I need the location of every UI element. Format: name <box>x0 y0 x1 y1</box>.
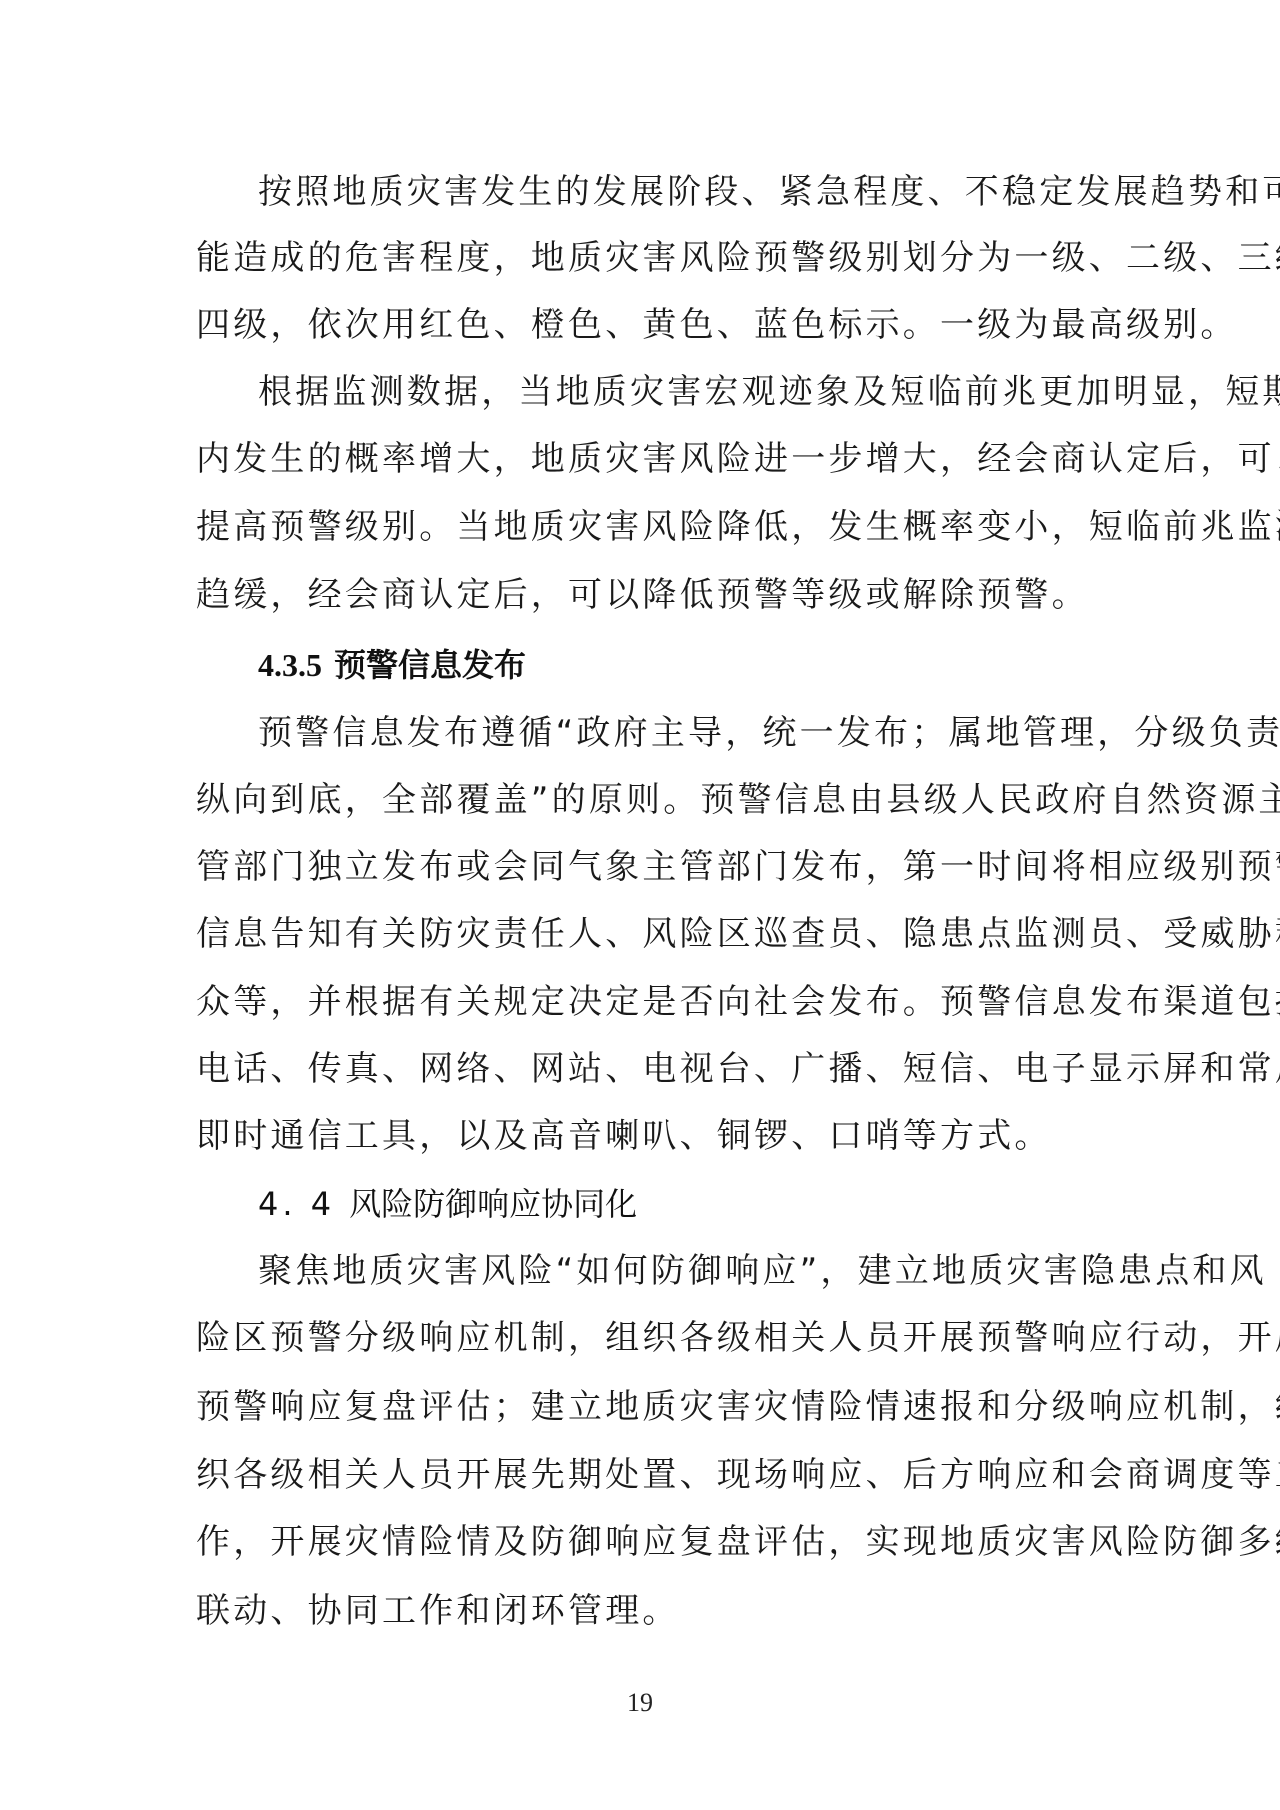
heading-title: 预警信息发布 <box>334 646 526 684</box>
section-heading-4-3-5: 4.3.5预警信息发布 <box>258 643 526 687</box>
paragraph-line: 管部门独立发布或会同气象主管部门发布，第一时间将相应级别预警 <box>196 845 1096 889</box>
paragraph-line: 即时通信工具，以及高音喇叭、铜锣、口哨等方式。 <box>196 1114 1096 1158</box>
paragraph-line: 织各级相关人员开展先期处置、现场响应、后方响应和会商调度等工 <box>196 1453 1096 1497</box>
paragraph-line: 作，开展灾情险情及防御响应复盘评估，实现地质灾害风险防御多级 <box>196 1520 1096 1564</box>
paragraph-line: 聚焦地质灾害风险“如何防御响应”，建立地质灾害隐患点和风 <box>258 1249 1096 1293</box>
document-page: 按照地质灾害发生的发展阶段、紧急程度、不稳定发展趋势和可 能造成的危害程度，地质… <box>0 0 1280 1810</box>
paragraph-line: 趋缓，经会商认定后，可以降低预警等级或解除预警。 <box>196 573 1096 617</box>
paragraph-line: 预警信息发布遵循“政府主导，统一发布；属地管理，分级负责； <box>258 711 1096 755</box>
heading-title: 风险防御响应协同化 <box>349 1185 637 1223</box>
paragraph-line: 联动、协同工作和闭环管理。 <box>196 1589 1096 1633</box>
paragraph-line: 四级，依次用红色、橙色、黄色、蓝色标示。一级为最高级别。 <box>196 303 1096 347</box>
paragraph-line: 按照地质灾害发生的发展阶段、紧急程度、不稳定发展趋势和可 <box>258 170 1096 214</box>
page-number: 19 <box>0 1688 1280 1718</box>
paragraph-line: 信息告知有关防灾责任人、风险区巡查员、隐患点监测员、受威胁群 <box>196 912 1096 956</box>
paragraph-line: 预警响应复盘评估；建立地质灾害灾情险情速报和分级响应机制，组 <box>196 1385 1096 1429</box>
paragraph-line: 根据监测数据，当地质灾害宏观迹象及短临前兆更加明显，短期 <box>258 370 1096 414</box>
paragraph-line: 能造成的危害程度，地质灾害风险预警级别划分为一级、二级、三级、 <box>196 236 1096 280</box>
paragraph-line: 提高预警级别。当地质灾害风险降低，发生概率变小，短临前兆监测 <box>196 505 1096 549</box>
paragraph-line: 内发生的概率增大，地质灾害风险进一步增大，经会商认定后，可以 <box>196 437 1096 481</box>
section-heading-4-4: 4. 4风险防御响应协同化 <box>258 1182 637 1226</box>
paragraph-line: 纵向到底，全部覆盖”的原则。预警信息由县级人民政府自然资源主 <box>196 778 1096 822</box>
paragraph-line: 众等，并根据有关规定决定是否向社会发布。预警信息发布渠道包括 <box>196 980 1096 1024</box>
paragraph-line: 电话、传真、网络、网站、电视台、广播、短信、电子显示屏和常用 <box>196 1047 1096 1091</box>
heading-number: 4.3.5 <box>258 647 322 683</box>
paragraph-line: 险区预警分级响应机制，组织各级相关人员开展预警响应行动，开展 <box>196 1316 1096 1360</box>
heading-number: 4. 4 <box>258 1185 335 1223</box>
